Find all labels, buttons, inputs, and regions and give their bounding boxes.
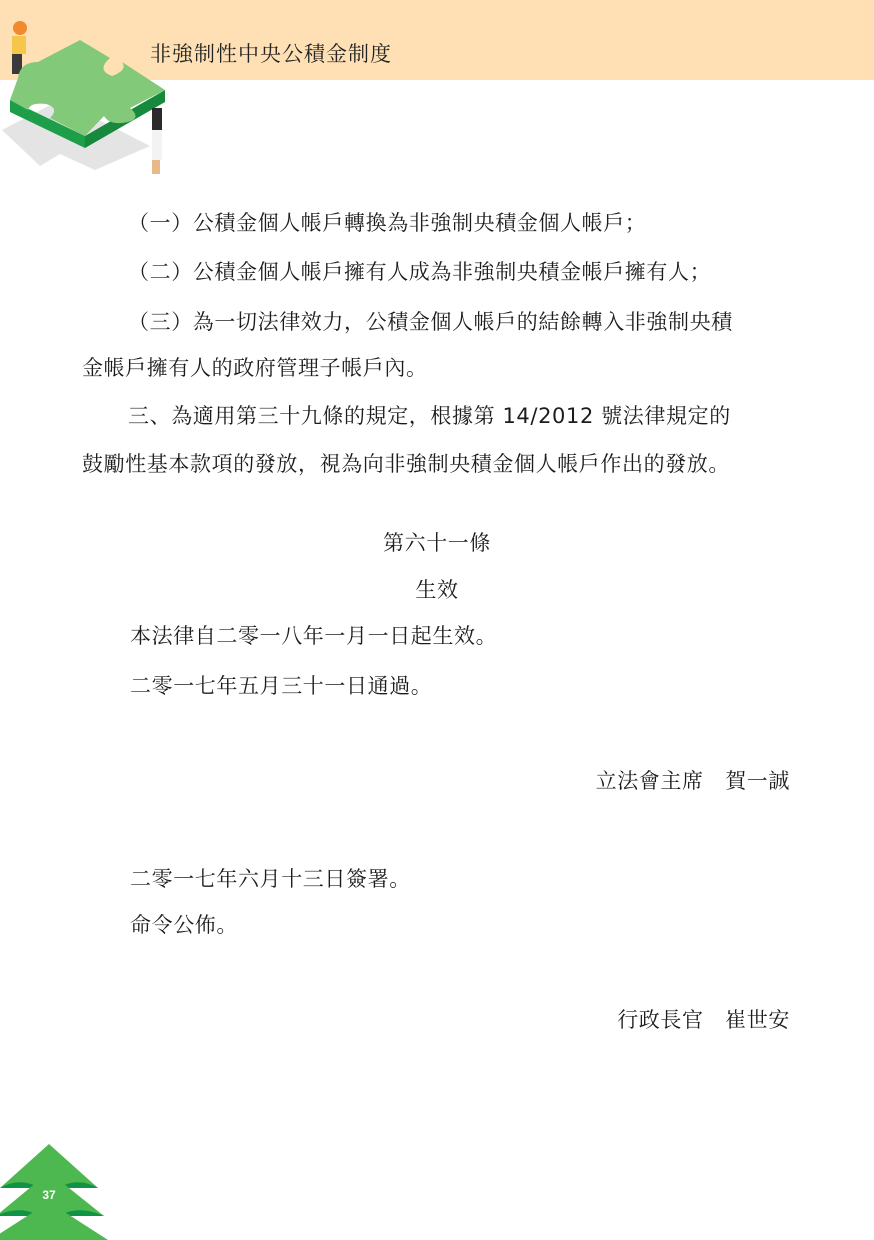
list-item-continuation: 金帳戶擁有人的政府管理子帳戶內。 — [82, 358, 428, 379]
list-item: （二）公積金個人帳戶擁有人成為非強制央積金帳戶擁有人； — [128, 262, 711, 283]
passed-date: 二零一七年五月三十一日通過。 — [130, 676, 432, 697]
list-item: （三）為一切法律效力，公積金個人帳戶的結餘轉入非強制央積 — [128, 312, 733, 333]
paragraph-line: 三、為適用第三十九條的規定，根據第 14/2012 號法律規定的 — [128, 406, 731, 427]
article-number: 第六十一條 — [0, 533, 874, 554]
page-number: 37 — [36, 1188, 62, 1202]
signature-chief-executive: 行政長官 崔世安 — [617, 1010, 790, 1031]
article-text: 本法律自二零一八年一月一日起生效。 — [130, 626, 497, 647]
list-item: （一）公積金個人帳戶轉換為非強制央積金個人帳戶； — [128, 213, 646, 234]
promulgation-text: 命令公佈。 — [130, 915, 238, 936]
header-title: 非強制性中央公積金制度 — [150, 44, 392, 65]
signature-legislative-president: 立法會主席 賀一誠 — [596, 771, 790, 792]
puzzle-illustration-icon — [0, 18, 175, 178]
signed-date: 二零一七年六月十三日簽署。 — [130, 869, 411, 890]
article-title: 生效 — [0, 580, 874, 601]
paragraph-line: 鼓勵性基本款項的發放，視為向非強制央積金個人帳戶作出的發放。 — [82, 454, 730, 475]
